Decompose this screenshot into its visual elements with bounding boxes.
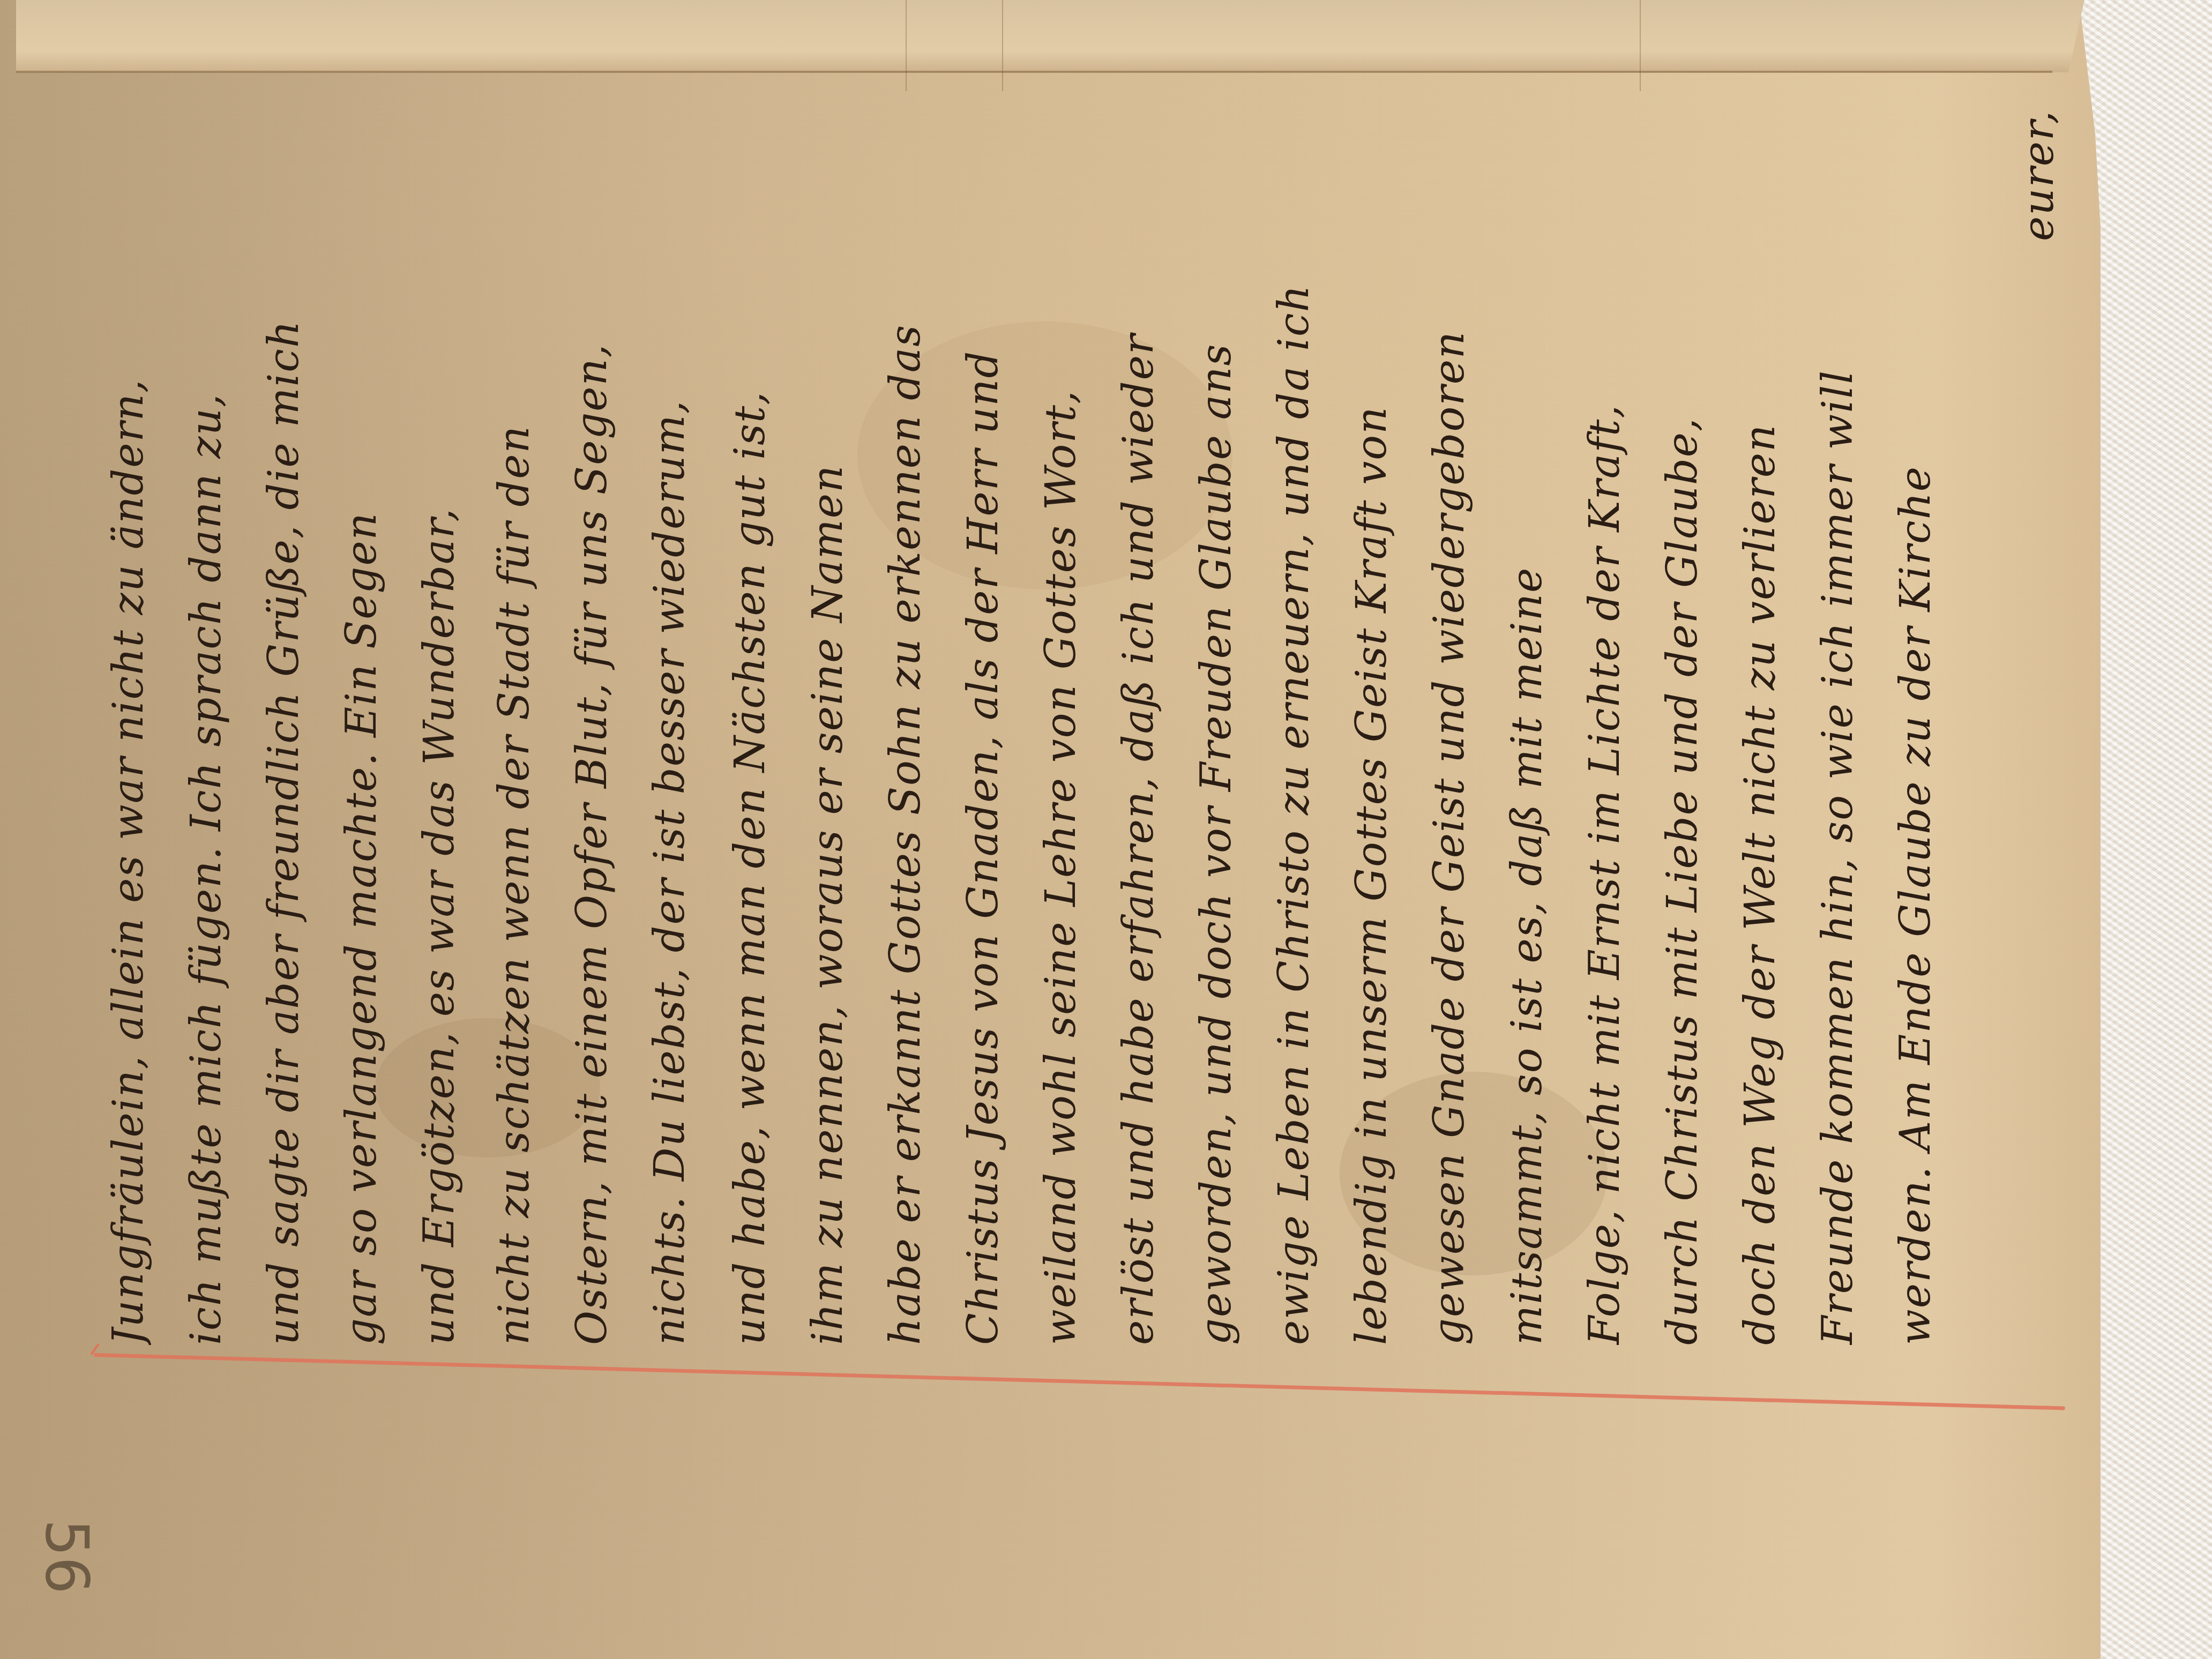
handwritten-line: habe er erkannt Gottes Sohn zu erkennen … (876, 80, 935, 1345)
fold-tear (1002, 0, 1003, 91)
manuscript-page: 56 Jungfräulein, allein es war nicht zu … (0, 0, 2101, 1659)
fold-tear (906, 0, 907, 91)
handwritten-line: mitsammt, so ist es, daß mit meine (1498, 80, 1557, 1345)
handwritten-line: ihm zu nennen, woraus er seine Namen (798, 80, 857, 1345)
handwritten-text-block: Jungfräulein, allein es war nicht zu änd… (0, 0, 2101, 1659)
handwritten-line: nichts. Du liebst, der ist besser wieder… (640, 80, 699, 1345)
fold-crease (16, 71, 2052, 73)
margin-note: eurer, (2009, 80, 2068, 241)
handwritten-line: ich mußte mich fügen. Ich sprach dann zu… (177, 80, 236, 1345)
handwritten-line: Folge, nicht mit Ernst im Lichte der Kra… (1575, 80, 1634, 1345)
handwritten-line: werden. Am Ende Glaube zu der Kirche (1886, 80, 1945, 1345)
handwritten-line: geworden, und doch vor Freuden Glaube an… (1187, 80, 1246, 1345)
handwritten-line: gar so verlangend machte. Ein Segen (332, 80, 391, 1345)
handwritten-line: erlöst und habe erfahren, daß ich und wi… (1109, 80, 1168, 1345)
handwritten-line: gewesen Gnade der Geist und wiedergebore… (1420, 80, 1479, 1345)
handwritten-line: lebendig in unserm Gottes Geist Kraft vo… (1342, 80, 1401, 1345)
handwritten-line: Christus Jesus von Gnaden, als der Herr … (954, 80, 1013, 1345)
handwritten-line: nicht zu schätzen wenn der Stadt für den (485, 80, 544, 1345)
handwritten-line: Freunde kommen hin, so wie ich immer wil… (1809, 80, 1867, 1345)
handwritten-line: Ostern, mit einem Opfer Blut, für uns Se… (563, 80, 622, 1345)
folded-page-edge (16, 0, 2084, 72)
handwritten-line: und habe, wenn man den Nächsten gut ist, (721, 80, 780, 1345)
handwritten-line: und sagte dir aber freundlich Grüße, die… (255, 80, 313, 1345)
handwritten-line: ewige Leben in Christo zu erneuern, und … (1265, 80, 1324, 1345)
fold-tear (1640, 0, 1641, 91)
handwritten-line: doch den Weg der Welt nicht zu verlieren (1731, 80, 1790, 1345)
handwritten-line: durch Christus mit Liebe und der Glaube, (1653, 80, 1712, 1345)
handwritten-line: weiland wohl seine Lehre von Gottes Wort… (1032, 80, 1090, 1345)
handwritten-line: Jungfräulein, allein es war nicht zu änd… (99, 80, 158, 1345)
handwritten-line: und Ergötzen, es war das Wunderbar, (410, 80, 469, 1345)
